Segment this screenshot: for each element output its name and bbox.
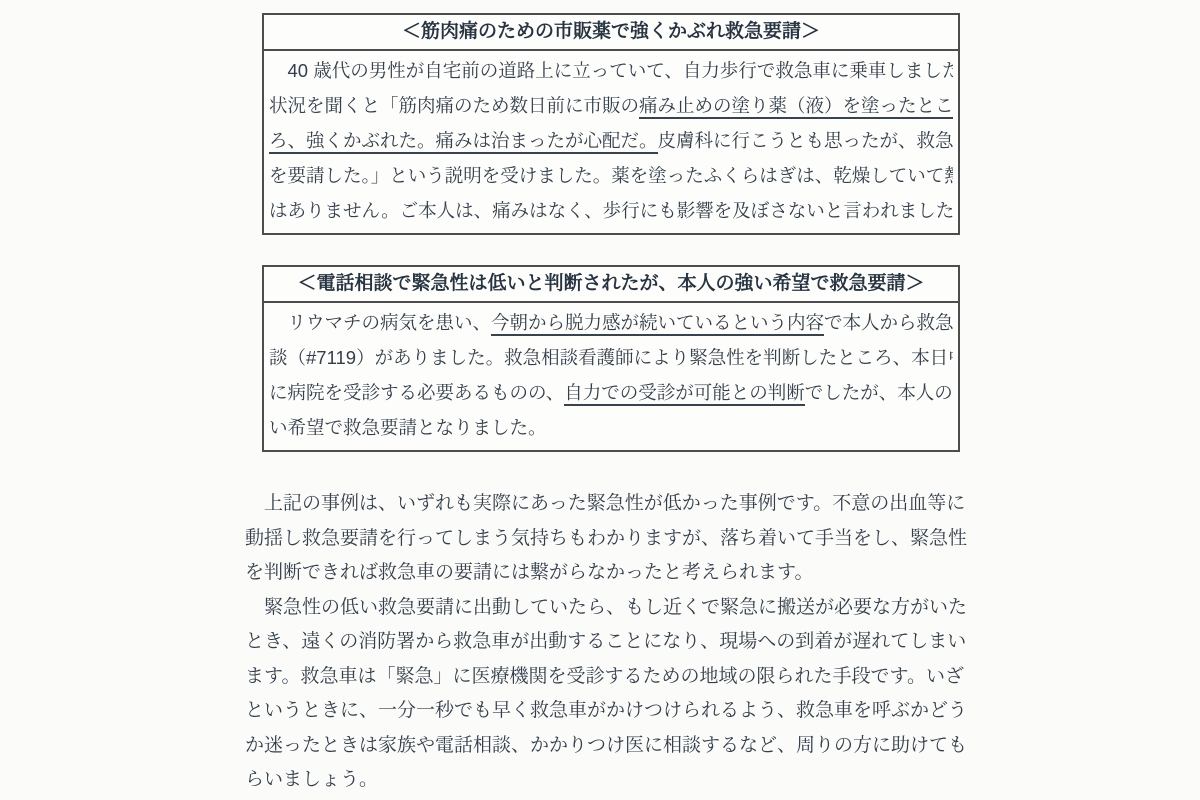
text-segment: らいましょう。 xyxy=(245,769,378,790)
text-line: い希望で救急要請となりました。 xyxy=(269,410,953,445)
case-box-content: 40 歳代の男性が自宅前の道路上に立っていて、自力歩行で救急車に乗車しました。状… xyxy=(264,51,958,233)
text-segment: に病院を受診する必要あるものの、 xyxy=(269,382,564,403)
text-line: リウマチの病気を患い、今朝から脱力感が続いているという内容で本人から救急相 xyxy=(269,305,953,340)
underlined-text: 痛み止めの塗り薬（液）を塗ったとこ xyxy=(639,95,953,119)
text-line: 動揺し救急要請を行ってしまう気持ちもわかりますが、落ち着いて手当をし、緊急性 xyxy=(245,522,970,557)
case-box-phone-consult: ＜電話相談で緊急性は低いと判断されたが、本人の強い希望で救急要請＞ リウマチの病… xyxy=(262,265,960,452)
text-segment: というときに、一分一秒でも早く救急車がかけつけられるよう、救急車を呼ぶかどう xyxy=(245,700,967,721)
text-line: ろ、強くかぶれた。痛みは治まったが心配だ。皮膚科に行こうとも思ったが、救急車 xyxy=(269,123,953,158)
text-line: か迷ったときは家族や電話相談、かかりつけ医に相談するなど、周りの方に助けても xyxy=(245,729,970,764)
underlined-text: ろ、強くかぶれた。痛みは治まったが心配だ。 xyxy=(269,130,658,154)
text-segment: 緊急性の低い救急要請に出動していたら、もし近くで緊急に搬送が必要な方がいた xyxy=(245,597,967,618)
text-segment: で本人から救急相 xyxy=(824,312,953,333)
text-segment: はありません。ご本人は、痛みはなく、歩行にも影響を及ぼさないと言われました。 xyxy=(269,200,953,221)
text-line: 緊急性の低い救急要請に出動していたら、もし近くで緊急に搬送が必要な方がいた xyxy=(245,591,970,626)
text-segment: 皮膚科に行こうとも思ったが、救急車 xyxy=(658,130,953,151)
text-segment: 上記の事例は、いずれも実際にあった緊急性が低かった事例です。不意の出血等に xyxy=(245,493,965,514)
text-segment: とき、遠くの消防署から救急車が出動することになり、現場への到着が遅れてしまい xyxy=(245,631,966,652)
text-segment: を要請した。」という説明を受けました。薬を塗ったふくらはぎは、乾燥していて熱感 xyxy=(269,165,953,186)
text-line: 談（#7119）がありました。救急相談看護師により緊急性を判断したところ、本日中 xyxy=(269,340,953,375)
case-box-title: ＜筋肉痛のための市販薬で強くかぶれ救急要請＞ xyxy=(264,15,958,51)
body-text: 上記の事例は、いずれも実際にあった緊急性が低かった事例です。不意の出血等に動揺し… xyxy=(245,487,970,798)
text-segment: い希望で救急要請となりました。 xyxy=(269,417,547,438)
text-line: というときに、一分一秒でも早く救急車がかけつけられるよう、救急車を呼ぶかどう xyxy=(245,694,970,729)
text-line: を要請した。」という説明を受けました。薬を塗ったふくらはぎは、乾燥していて熱感 xyxy=(269,158,953,193)
text-segment: か迷ったときは家族や電話相談、かかりつけ医に相談するなど、周りの方に助けても xyxy=(245,735,967,756)
text-line: 状況を聞くと「筋肉痛のため数日前に市販の痛み止めの塗り薬（液）を塗ったとこ xyxy=(269,88,953,123)
document-page: ＜筋肉痛のための市販薬で強くかぶれ救急要請＞ 40 歳代の男性が自宅前の道路上に… xyxy=(0,0,1200,800)
case-box-content: リウマチの病気を患い、今朝から脱力感が続いているという内容で本人から救急相談（#… xyxy=(264,303,958,450)
text-line: ます。救急車は「緊急」に医療機関を受診するための地域の限られた手段です。いざ xyxy=(245,660,970,695)
text-segment: 談（#7119）がありました。救急相談看護師により緊急性を判断したところ、本日中 xyxy=(269,347,953,368)
text-line: に病院を受診する必要あるものの、自力での受診が可能との判断でしたが、本人の強 xyxy=(269,375,953,410)
underlined-text: 自力での受診が可能との判断 xyxy=(564,382,805,406)
text-segment: 状況を聞くと「筋肉痛のため数日前に市販の xyxy=(269,95,639,116)
case-box-title: ＜電話相談で緊急性は低いと判断されたが、本人の強い希望で救急要請＞ xyxy=(264,267,958,303)
text-segment: を判断できれば救急車の要請には繋がらなかったと考えられます。 xyxy=(245,562,813,583)
underlined-text: 今朝から脱力感が続いているという内容 xyxy=(491,312,824,336)
text-segment: 40 歳代の男性が自宅前の道路上に立っていて、自力歩行で救急車に乗車しました。 xyxy=(269,60,953,81)
case-box-muscle-pain: ＜筋肉痛のための市販薬で強くかぶれ救急要請＞ 40 歳代の男性が自宅前の道路上に… xyxy=(262,13,960,235)
text-segment: ます。救急車は「緊急」に医療機関を受診するための地域の限られた手段です。いざ xyxy=(245,666,964,687)
text-line: 上記の事例は、いずれも実際にあった緊急性が低かった事例です。不意の出血等に xyxy=(245,487,970,522)
text-line: はありません。ご本人は、痛みはなく、歩行にも影響を及ぼさないと言われました。 xyxy=(269,193,953,228)
text-line: を判断できれば救急車の要請には繋がらなかったと考えられます。 xyxy=(245,556,970,591)
text-segment: でしたが、本人の強 xyxy=(805,382,953,403)
text-line: とき、遠くの消防署から救急車が出動することになり、現場への到着が遅れてしまい xyxy=(245,625,970,660)
text-line: 40 歳代の男性が自宅前の道路上に立っていて、自力歩行で救急車に乗車しました。 xyxy=(269,53,953,88)
text-segment: 動揺し救急要請を行ってしまう気持ちもわかりますが、落ち着いて手当をし、緊急性 xyxy=(245,528,967,549)
text-segment: リウマチの病気を患い、 xyxy=(269,312,491,333)
text-line: らいましょう。 xyxy=(245,763,970,798)
